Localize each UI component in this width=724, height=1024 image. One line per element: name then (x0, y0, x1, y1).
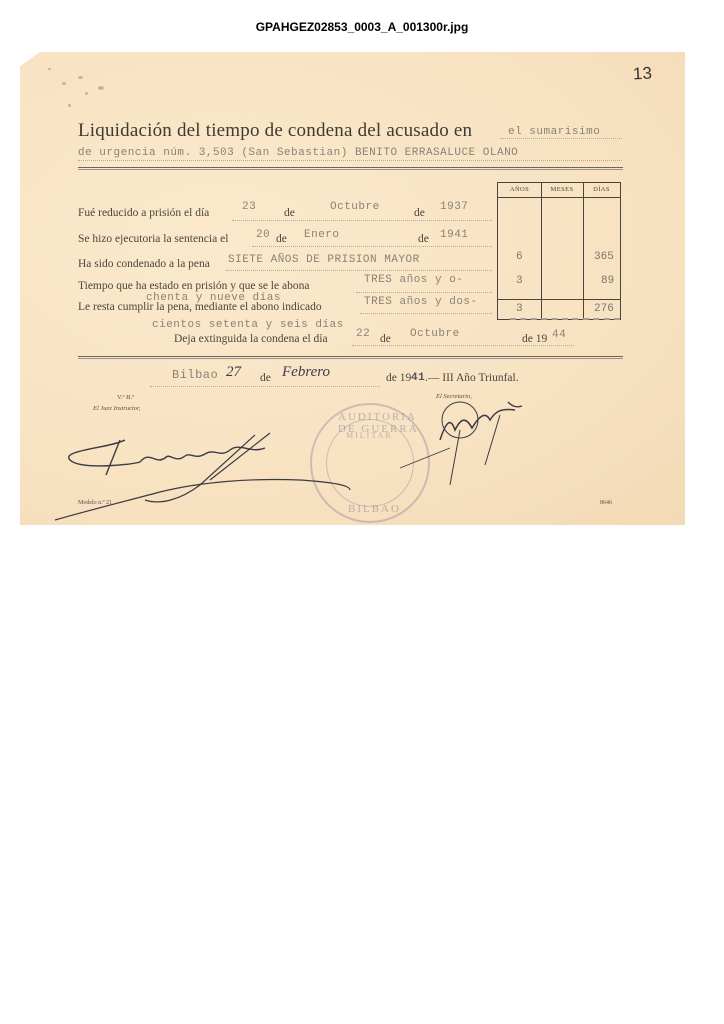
prison-year: 1937 (440, 201, 468, 213)
prison-day: 23 (242, 201, 256, 213)
heading-fill-procedure: el sumarisimo (508, 126, 600, 138)
remaining-value-2: cientos setenta y seis días (152, 319, 344, 331)
seal-middle-text: MILITAR (346, 431, 393, 440)
prison-de-2: de (414, 207, 425, 219)
print-code: 8646 (600, 500, 612, 506)
sentence-de-2: de (418, 233, 429, 245)
place-de-2: de 19 (386, 372, 411, 384)
served-days: 89 (601, 275, 614, 287)
col-header-anos: AÑOS (498, 186, 541, 193)
prison-month: Octubre (330, 201, 380, 213)
penalty-days: 365 (594, 251, 614, 263)
extinction-de-2: de 19 (522, 333, 547, 345)
remaining-label: Le resta cumplir la pena, mediante el ab… (78, 301, 322, 313)
place-day: 27 (226, 364, 241, 381)
triumphal-year: .— III Año Triunfal. (425, 372, 519, 384)
sentence-month: Enero (304, 229, 340, 241)
place-city: Bilbao (172, 368, 218, 382)
table-underline (510, 318, 620, 321)
extinction-day: 22 (356, 328, 370, 340)
seal-bottom-text: BILBAO (348, 503, 401, 515)
penalty-value: SIETE AÑOS DE PRISION MAYOR (228, 254, 420, 266)
place-month: Febrero (282, 364, 330, 381)
remaining-years: 3 (516, 303, 523, 315)
col-header-dias: DÍAS (583, 186, 620, 193)
extinction-year-suffix: 44 (552, 329, 566, 341)
remaining-days: 276 (594, 303, 614, 315)
served-years: 3 (516, 275, 523, 287)
served-label: Tiempo que ha estado en prisión y que se… (78, 280, 309, 292)
extinction-label: Deja extinguida la condena el día (174, 333, 328, 345)
judge-title: El Juez Instructor, (93, 405, 140, 412)
extinction-de-1: de (380, 333, 391, 345)
penalty-years: 6 (516, 251, 523, 263)
file-title: GPAHGEZ02853_0003_A_001300r.jpg (0, 20, 724, 34)
sentence-day: 20 (256, 229, 270, 241)
remaining-value-1: TRES años y dos- (364, 296, 478, 308)
prison-de-1: de (284, 207, 295, 219)
extinction-month: Octubre (410, 328, 460, 340)
served-value-1: TRES años y o- (364, 274, 463, 286)
col-header-meses: MESES (541, 186, 583, 193)
sentence-de-1: de (276, 233, 287, 245)
visto-bueno: V.º B.º (117, 394, 134, 401)
page-number: 13 (632, 64, 652, 85)
penalty-label: Ha sido condenado a la pena (78, 258, 210, 270)
place-year-suffix: 41 (411, 372, 425, 384)
document-heading: Liquidación del tiempo de condena del ac… (78, 120, 472, 142)
place-de-1: de (260, 372, 271, 384)
sentence-date-label: Se hizo ejecutoria la sentencia el (78, 233, 228, 245)
model-number: Modelo n.º 21 (78, 500, 112, 506)
secretary-signature (430, 390, 540, 500)
time-table: AÑOS MESES DÍAS 6 365 3 89 3 276 (497, 182, 621, 320)
heading-fill-case: de urgencia núm. 3,503 (San Sebastian) B… (78, 147, 518, 159)
judge-signature (50, 430, 350, 530)
sentence-year: 1941 (440, 229, 468, 241)
prison-date-label: Fué reducido a prisión el día (78, 207, 209, 219)
